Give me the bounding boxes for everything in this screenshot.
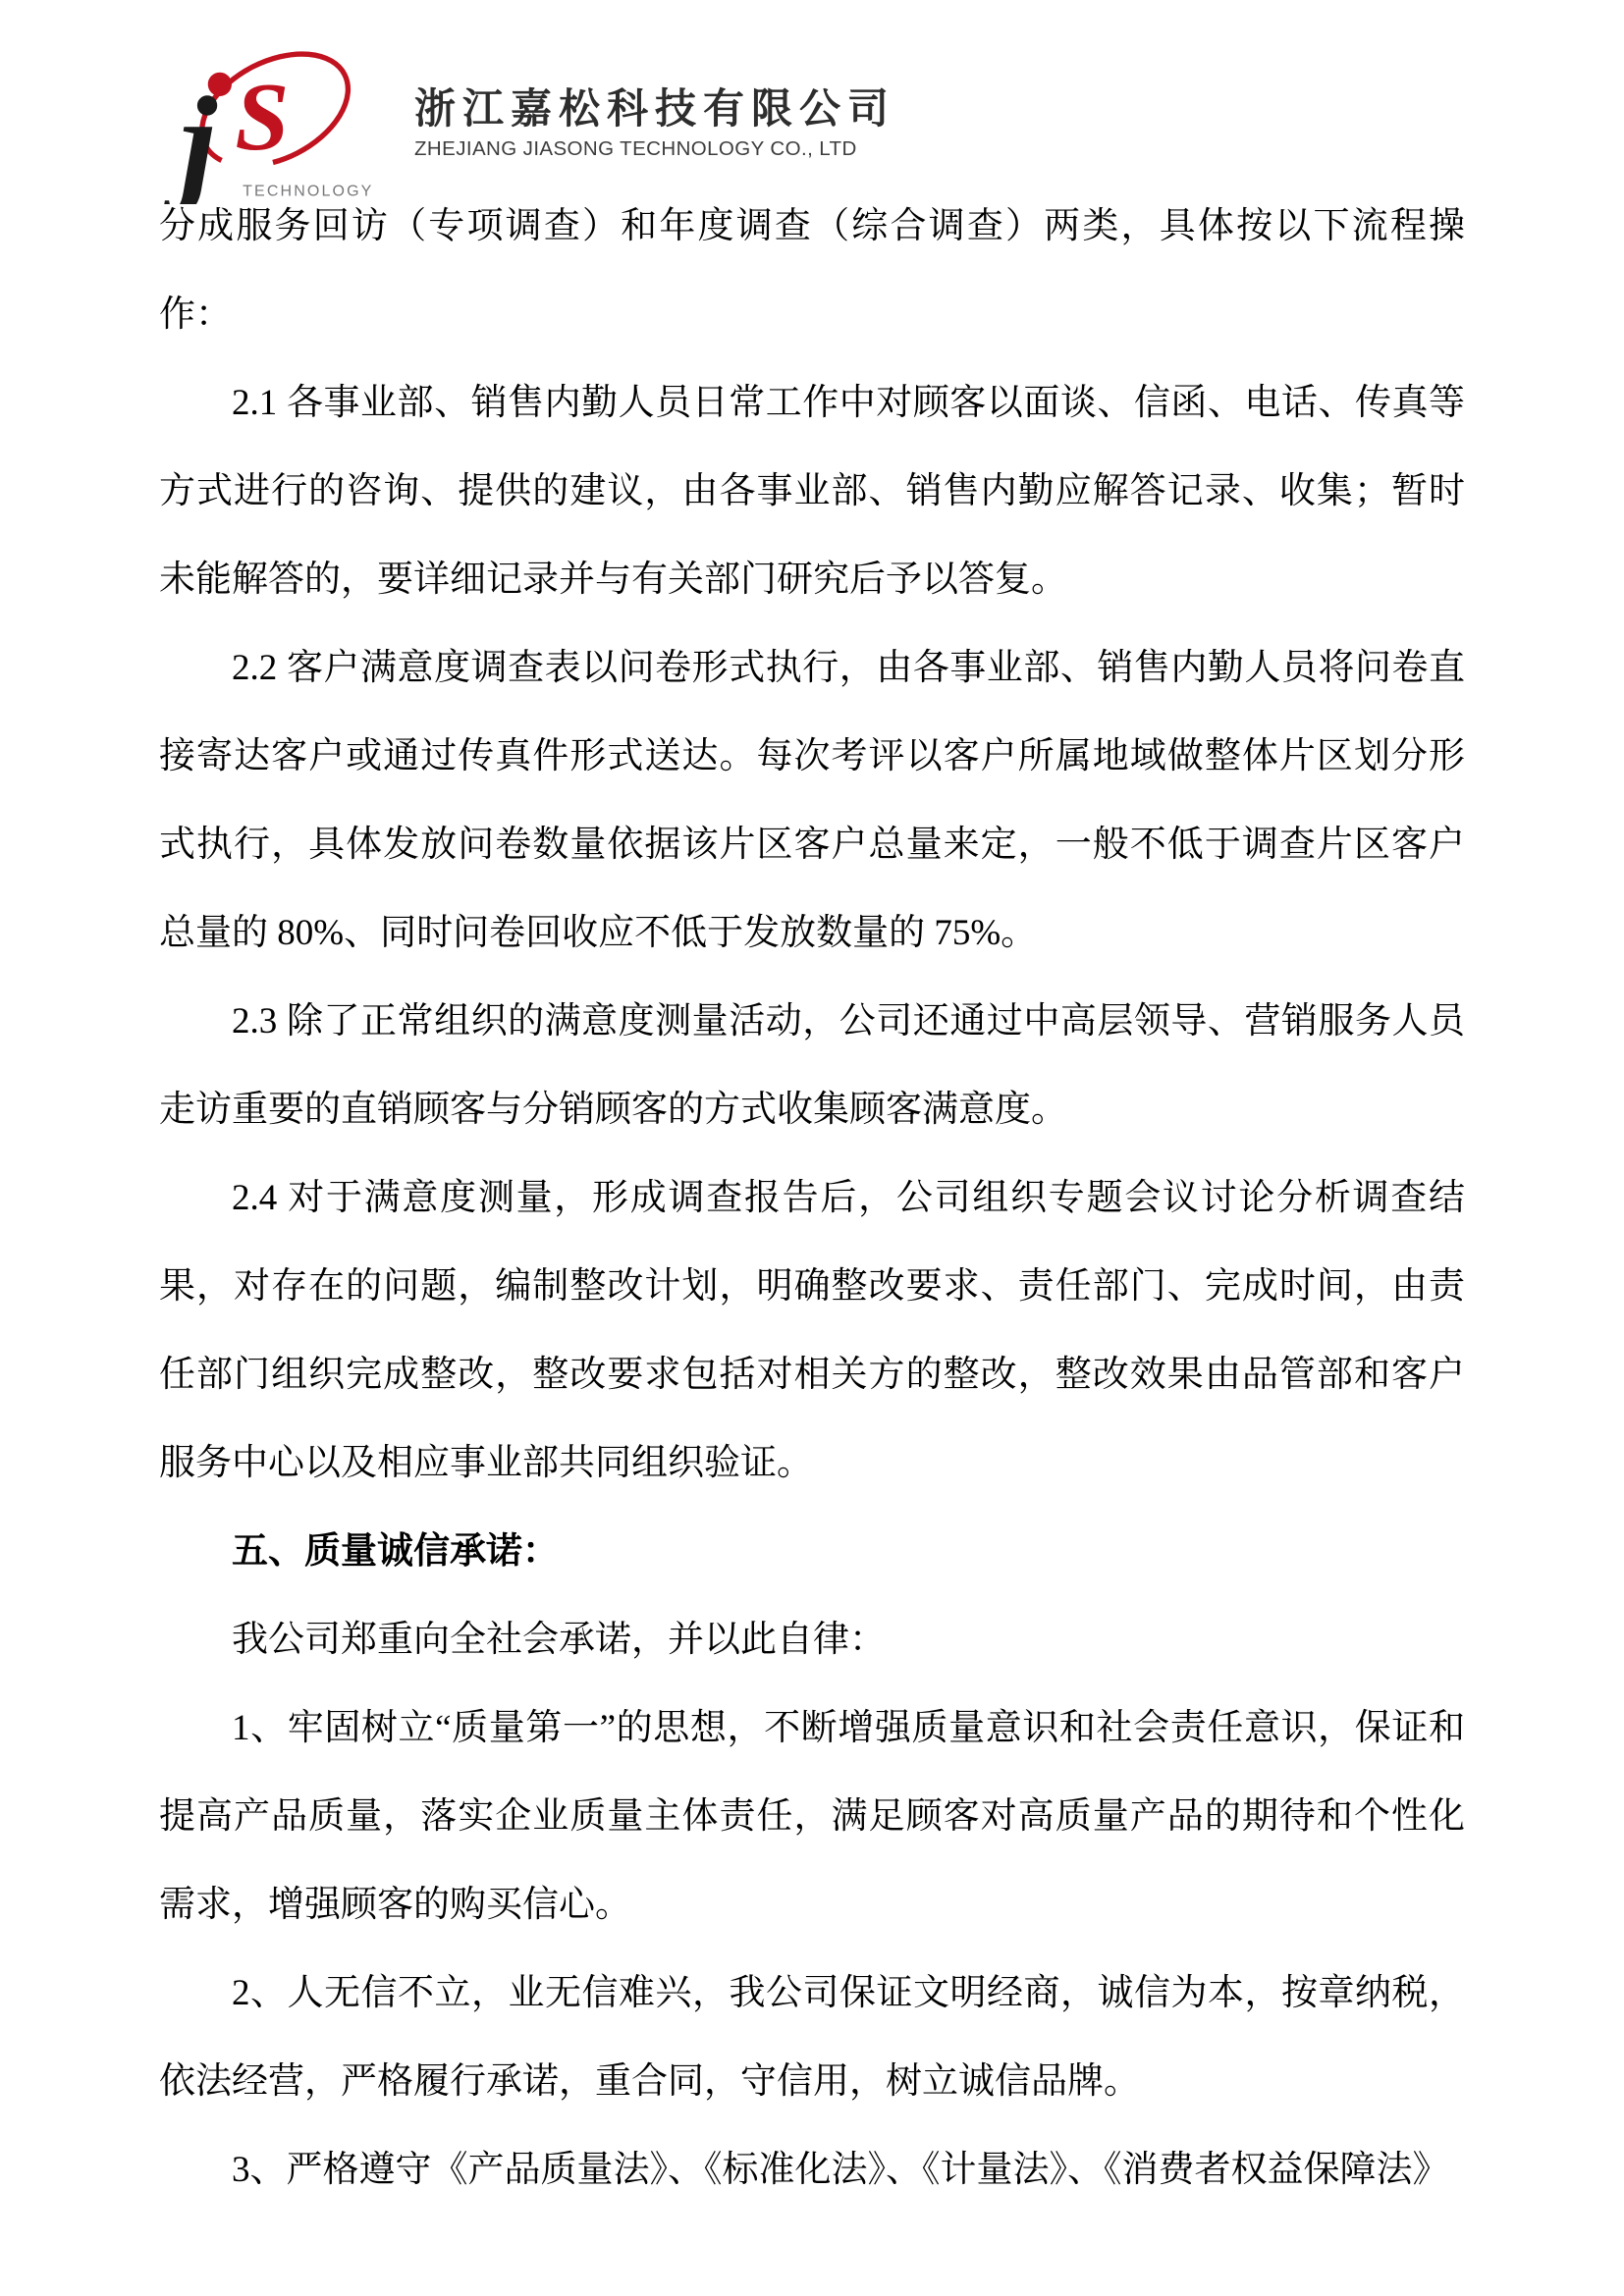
paragraph: 2.4 对于满意度测量，形成调查报告后，公司组织专题会议讨论分析调查结果，对存在…: [159, 1154, 1465, 1508]
logo-letter-s: S: [235, 64, 289, 171]
paragraph: 3、严格遵守《产品质量法》、《标准化法》、《计量法》、《消费者权益保障法》: [159, 2126, 1465, 2215]
company-name-block: 浙江嘉松科技有限公司 ZHEJIANG JIASONG TECHNOLOGY C…: [414, 86, 895, 161]
paragraph: 1、牢固树立“质量第一”的思想，不断增强质量意识和社会责任意识，保证和提高产品质…: [159, 1684, 1465, 1949]
paragraph: 分成服务回访（专项调查）和年度调查（综合调查）两类，具体按以下流程操作：: [159, 183, 1465, 359]
paragraph: 2.2 客户满意度调查表以问卷形式执行，由各事业部、销售内勤人员将问卷直接寄达客…: [159, 624, 1465, 978]
company-name-en: ZHEJIANG JIASONG TECHNOLOGY CO., LTD: [414, 137, 895, 161]
document-body: 分成服务回访（专项调查）和年度调查（综合调查）两类，具体按以下流程操作：2.1 …: [159, 183, 1465, 2215]
paragraph-list: 分成服务回访（专项调查）和年度调查（综合调查）两类，具体按以下流程操作：2.1 …: [159, 183, 1465, 2215]
paragraph: 2.1 各事业部、销售内勤人员日常工作中对顾客以面谈、信函、电话、传真等方式进行…: [159, 359, 1465, 624]
company-name-cn: 浙江嘉松科技有限公司: [414, 86, 895, 132]
logo-dot: [208, 73, 232, 96]
document-page: j S TECHNOLOGY 浙江嘉松科技有限公司 ZHEJIANG JIASO…: [0, 0, 1624, 2296]
paragraph: 2、人无信不立，业无信难兴，我公司保证文明经商，诚信为本，按章纳税，依法经营，严…: [159, 1949, 1465, 2126]
letterhead: j S TECHNOLOGY 浙江嘉松科技有限公司 ZHEJIANG JIASO…: [155, 47, 895, 204]
section-heading: 五、质量诚信承诺：: [159, 1508, 1465, 1596]
paragraph: 2.3 除了正常组织的满意度测量活动，公司还通过中高层领导、营销服务人员走访重要…: [159, 978, 1465, 1154]
paragraph: 我公司郑重向全社会承诺，并以此自律：: [159, 1596, 1465, 1684]
company-logo: j S TECHNOLOGY: [155, 47, 401, 204]
